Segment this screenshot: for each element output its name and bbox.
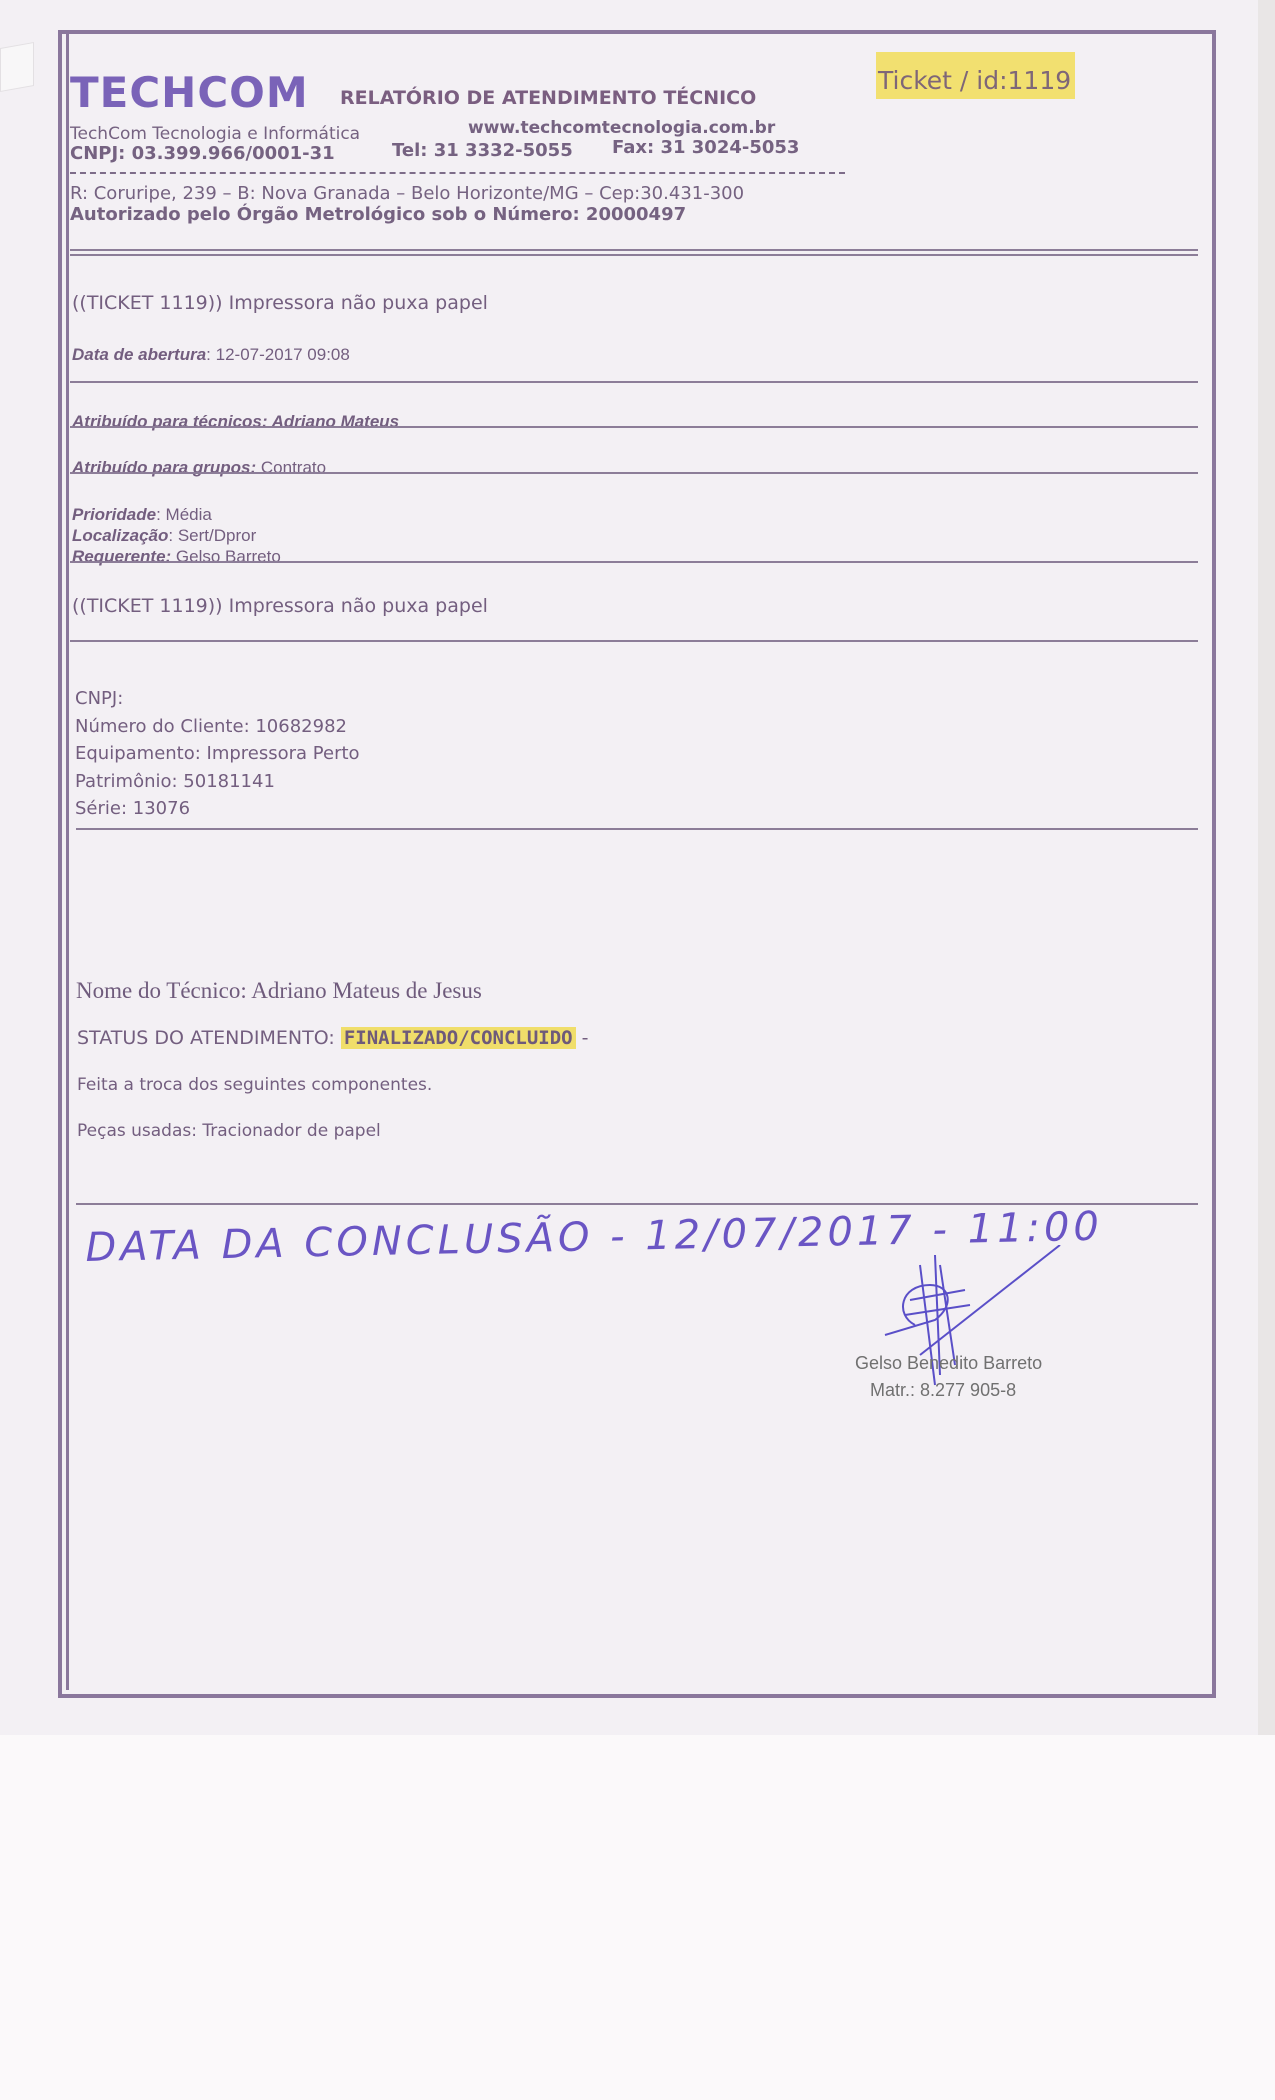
ticket-id-badge: Ticket / id:1119 xyxy=(876,52,1075,99)
opening-date: Data de abertura: 12-07-2017 09:08 xyxy=(72,345,350,365)
ticket-description: ((TICKET 1119)) Impressora não puxa pape… xyxy=(72,595,488,617)
groups-label: Atribuído para grupos: xyxy=(72,458,256,477)
dashed-divider xyxy=(70,172,845,174)
company-address: R: Coruripe, 239 – B: Nova Granada – Bel… xyxy=(70,183,744,204)
serial-number: Série: 13076 xyxy=(75,795,360,823)
assigned-technicians: Atribuído para técnicos: Adriano Mateus xyxy=(72,412,399,432)
opening-date-value: : 12-07-2017 09:08 xyxy=(206,345,350,364)
assigned-groups: Atribuído para grupos: Contrato xyxy=(72,458,326,478)
priority-value: : Média xyxy=(156,505,212,524)
location-label: Localização xyxy=(72,526,168,545)
company-phone: Tel: 31 3332-5055 xyxy=(392,140,573,161)
page-edge-shadow xyxy=(1258,0,1275,1735)
frame-left-rule xyxy=(66,34,69,1690)
ticket-title: ((TICKET 1119)) Impressora não puxa pape… xyxy=(72,292,488,314)
parts-used: Peças usadas: Tracionador de papel xyxy=(77,1121,381,1141)
priority: Prioridade: Média xyxy=(72,505,212,525)
requester: Requerente: Gelso Barreto xyxy=(72,547,281,567)
client-equipment-block: CNPJ: Número do Cliente: 10682982 Equipa… xyxy=(75,685,360,823)
divider xyxy=(70,381,1198,383)
requester-label: Requerente: xyxy=(72,547,171,566)
document-frame xyxy=(58,30,1216,1698)
location-value: : Sert/Dpror xyxy=(168,526,256,545)
company-name: TechCom Tecnologia e Informática xyxy=(70,124,360,144)
divider xyxy=(70,426,1198,428)
service-status: STATUS DO ATENDIMENTO: FINALIZADO/CONCLU… xyxy=(77,1027,589,1049)
client-number: Número do Cliente: 10682982 xyxy=(75,713,360,741)
torn-corner xyxy=(0,42,34,92)
divider xyxy=(70,640,1198,642)
metrology-authorization: Autorizado pelo Órgão Metrológico sob o … xyxy=(70,204,686,225)
status-label: STATUS DO ATENDIMENTO: xyxy=(77,1027,341,1049)
status-badge: FINALIZADO/CONCLUIDO xyxy=(341,1027,576,1049)
company-cnpj: CNPJ: 03.399.966/0001-31 xyxy=(70,143,335,164)
status-suffix: - xyxy=(576,1027,589,1049)
report-title: RELATÓRIO DE ATENDIMENTO TÉCNICO xyxy=(340,87,756,109)
location: Localização: Sert/Dpror xyxy=(72,526,256,546)
header-divider xyxy=(70,249,1198,251)
opening-date-label: Data de abertura xyxy=(72,345,206,364)
technician-name: Nome do Técnico: Adriano Mateus de Jesus xyxy=(76,978,482,1004)
asset-number: Patrimônio: 50181141 xyxy=(75,768,360,796)
priority-label: Prioridade xyxy=(72,505,156,524)
divider xyxy=(76,828,1198,830)
company-fax: Fax: 31 3024-5053 xyxy=(612,137,799,158)
requester-value: Gelso Barreto xyxy=(171,547,281,566)
stamp-name: Gelso Benedito Barreto xyxy=(855,1353,1042,1374)
company-website: www.techcomtecnologia.com.br xyxy=(468,118,775,138)
equipment: Equipamento: Impressora Perto xyxy=(75,740,360,768)
divider xyxy=(70,472,1198,474)
divider xyxy=(70,561,1198,563)
stamp-registration: Matr.: 8.277 905-8 xyxy=(870,1380,1016,1401)
service-changes: Feita a troca dos seguintes componentes. xyxy=(77,1075,432,1095)
techcom-logo: TECHCOM xyxy=(70,68,309,117)
groups-value: Contrato xyxy=(256,458,326,477)
client-cnpj: CNPJ: xyxy=(75,685,360,713)
